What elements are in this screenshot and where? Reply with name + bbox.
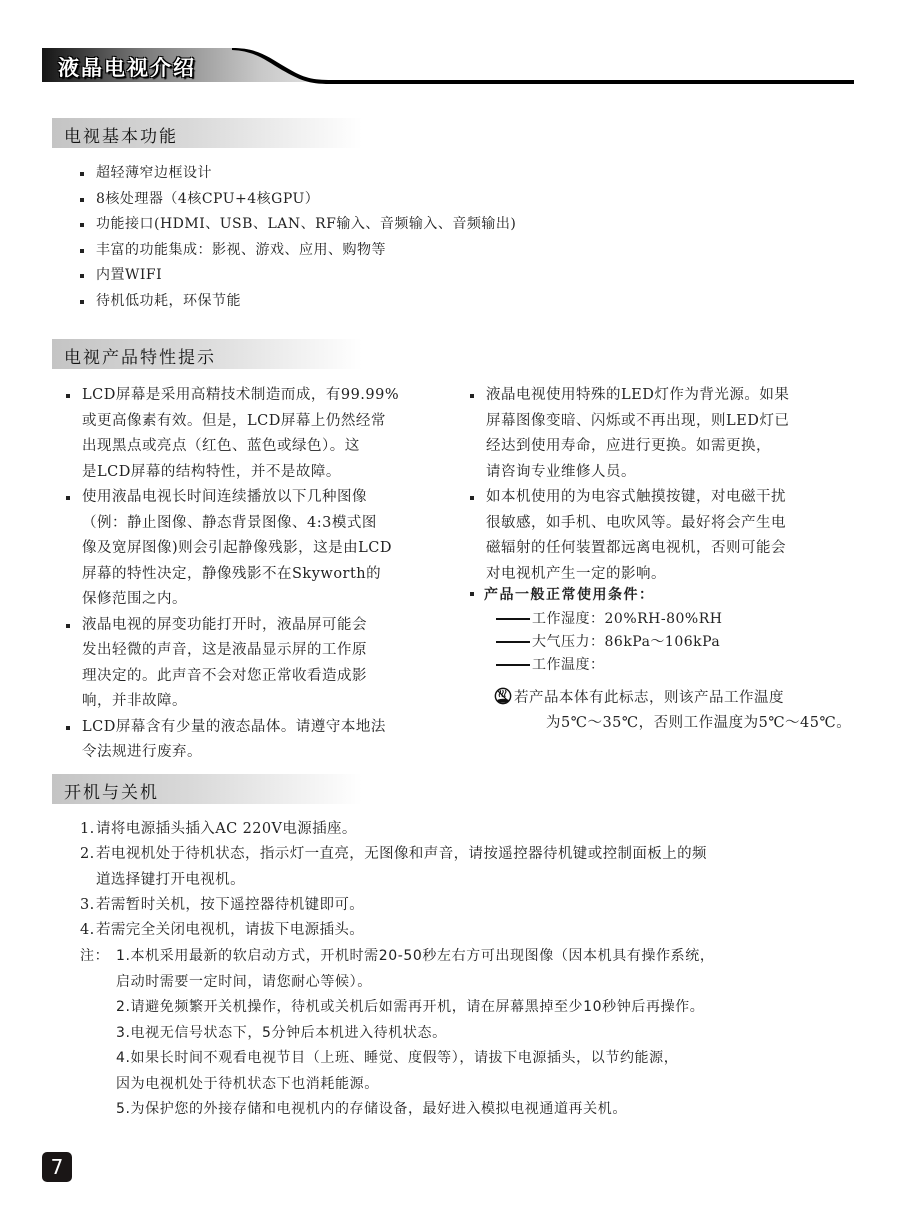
list-item: 使用液晶电视长时间连续播放以下几种图像 （例：静止图像、静态背景图像、4:3模式… bbox=[66, 485, 446, 613]
bullet-icon bbox=[80, 223, 84, 227]
note-item: 4.如果长时间不观看电视节目（上班、睡觉、度假等），请拔下电源插头，以节约能源，… bbox=[116, 1046, 876, 1097]
list-item: 8核处理器（4核CPU+4核GPU） bbox=[80, 187, 680, 213]
temperature-note: 若产品本体有此标志，则该产品工作温度 为5℃～35℃，否则工作温度为5℃～45℃… bbox=[494, 686, 884, 736]
basic-functions-list: 超轻薄窄边框设计 8核处理器（4核CPU+4核GPU） 功能接口(HDMI、US… bbox=[80, 161, 680, 314]
section-title: 电视基本功能 bbox=[64, 122, 178, 147]
step-item: 1.请将电源插头插入AC 220V电源插座。 bbox=[80, 817, 860, 842]
notes-label: 注： bbox=[80, 944, 109, 970]
note-item: 1.本机采用最新的软启动方式，开机时需20-50秒左右方可出现图像（因本机具有操… bbox=[116, 944, 876, 995]
list-item: 如本机使用的为电容式触摸按键，对电磁干扰 很敏感，如手机、电吹风等。最好将会产生… bbox=[470, 485, 870, 587]
bullet-icon bbox=[80, 172, 84, 176]
high-temperature-symbol-icon bbox=[494, 687, 512, 705]
features-right-list: 液晶电视使用特殊的LED灯作为背光源。如果 屏幕图像变暗、闪烁或不再出现，则LE… bbox=[470, 383, 870, 587]
section-header-basic-functions: 电视基本功能 bbox=[52, 118, 362, 148]
list-item: 内置WIFI bbox=[80, 263, 680, 289]
bullet-icon bbox=[66, 394, 70, 398]
section-title: 电视产品特性提示 bbox=[64, 343, 216, 368]
features-left-list: LCD屏幕是采用高精技术制造而成，有99.99% 或更高像素有效。但是，LCD屏… bbox=[66, 383, 446, 766]
condition-humidity: 工作湿度：20%RH-80%RH bbox=[496, 607, 722, 631]
bullet-icon bbox=[80, 198, 84, 202]
note-item: 3.电视无信号状态下，5分钟后本机进入待机状态。 bbox=[116, 1021, 876, 1047]
dash-icon bbox=[496, 618, 530, 620]
operating-conditions: 产品一般正常使用条件： bbox=[470, 582, 870, 607]
list-item: LCD屏幕是采用高精技术制造而成，有99.99% 或更高像素有效。但是，LCD屏… bbox=[66, 383, 446, 485]
dash-icon bbox=[496, 641, 530, 643]
power-notes-list: 注： 1.本机采用最新的软启动方式，开机时需20-50秒左右方可出现图像（因本机… bbox=[116, 944, 876, 1123]
bullet-icon bbox=[66, 624, 70, 628]
condition-temperature: 工作温度： bbox=[496, 653, 605, 677]
section-header-product-features: 电视产品特性提示 bbox=[52, 339, 362, 369]
dash-icon bbox=[496, 664, 530, 666]
bullet-icon bbox=[66, 726, 70, 730]
bullet-icon bbox=[470, 496, 474, 500]
step-item: 4.若需完全关闭电视机，请拔下电源插头。 bbox=[80, 918, 860, 943]
step-item: 2.若电视机处于待机状态，指示灯一直亮，无图像和声音，请按遥控器待机键或控制面板… bbox=[80, 842, 860, 893]
section-header-power-on-off: 开机与关机 bbox=[52, 774, 362, 804]
list-item: 液晶电视的屏变功能打开时，液晶屏可能会 发出轻微的声音，这是液晶显示屏的工作原 … bbox=[66, 613, 446, 715]
bullet-icon bbox=[470, 592, 474, 596]
step-item: 3.若需暂时关机，按下遥控器待机键即可。 bbox=[80, 893, 860, 918]
bullet-icon bbox=[470, 394, 474, 398]
list-item: 液晶电视使用特殊的LED灯作为背光源。如果 屏幕图像变暗、闪烁或不再出现，则LE… bbox=[470, 383, 870, 485]
chapter-banner: 液晶电视介绍 bbox=[42, 46, 856, 86]
bullet-icon bbox=[80, 249, 84, 253]
list-item: 待机低功耗，环保节能 bbox=[80, 289, 680, 315]
list-item: 丰富的功能集成：影视、游戏、应用、购物等 bbox=[80, 238, 680, 264]
bullet-icon bbox=[80, 300, 84, 304]
note-item: 2.请避免频繁开关机操作，待机或关机后如需再开机，请在屏幕黑掉至少10秒钟后再操… bbox=[116, 995, 876, 1021]
power-steps-list: 1.请将电源插头插入AC 220V电源插座。 2.若电视机处于待机状态，指示灯一… bbox=[80, 817, 860, 943]
condition-pressure: 大气压力：86kPa～106kPa bbox=[496, 630, 720, 654]
section-title: 开机与关机 bbox=[64, 778, 159, 803]
conditions-heading: 产品一般正常使用条件： bbox=[470, 582, 870, 607]
bullet-icon bbox=[80, 274, 84, 278]
list-item: LCD屏幕含有少量的液态晶体。请遵守本地法 令法规进行废弃。 bbox=[66, 715, 446, 766]
page-number-badge: 7 bbox=[42, 1152, 72, 1182]
chapter-title: 液晶电视介绍 bbox=[58, 52, 196, 82]
note-item: 5.为保护您的外接存储和电视机内的存储设备，最好进入模拟电视通道再关机。 bbox=[116, 1097, 876, 1123]
list-item: 超轻薄窄边框设计 bbox=[80, 161, 680, 187]
list-item: 功能接口(HDMI、USB、LAN、RF输入、音频输入、音频输出) bbox=[80, 212, 680, 238]
bullet-icon bbox=[66, 496, 70, 500]
